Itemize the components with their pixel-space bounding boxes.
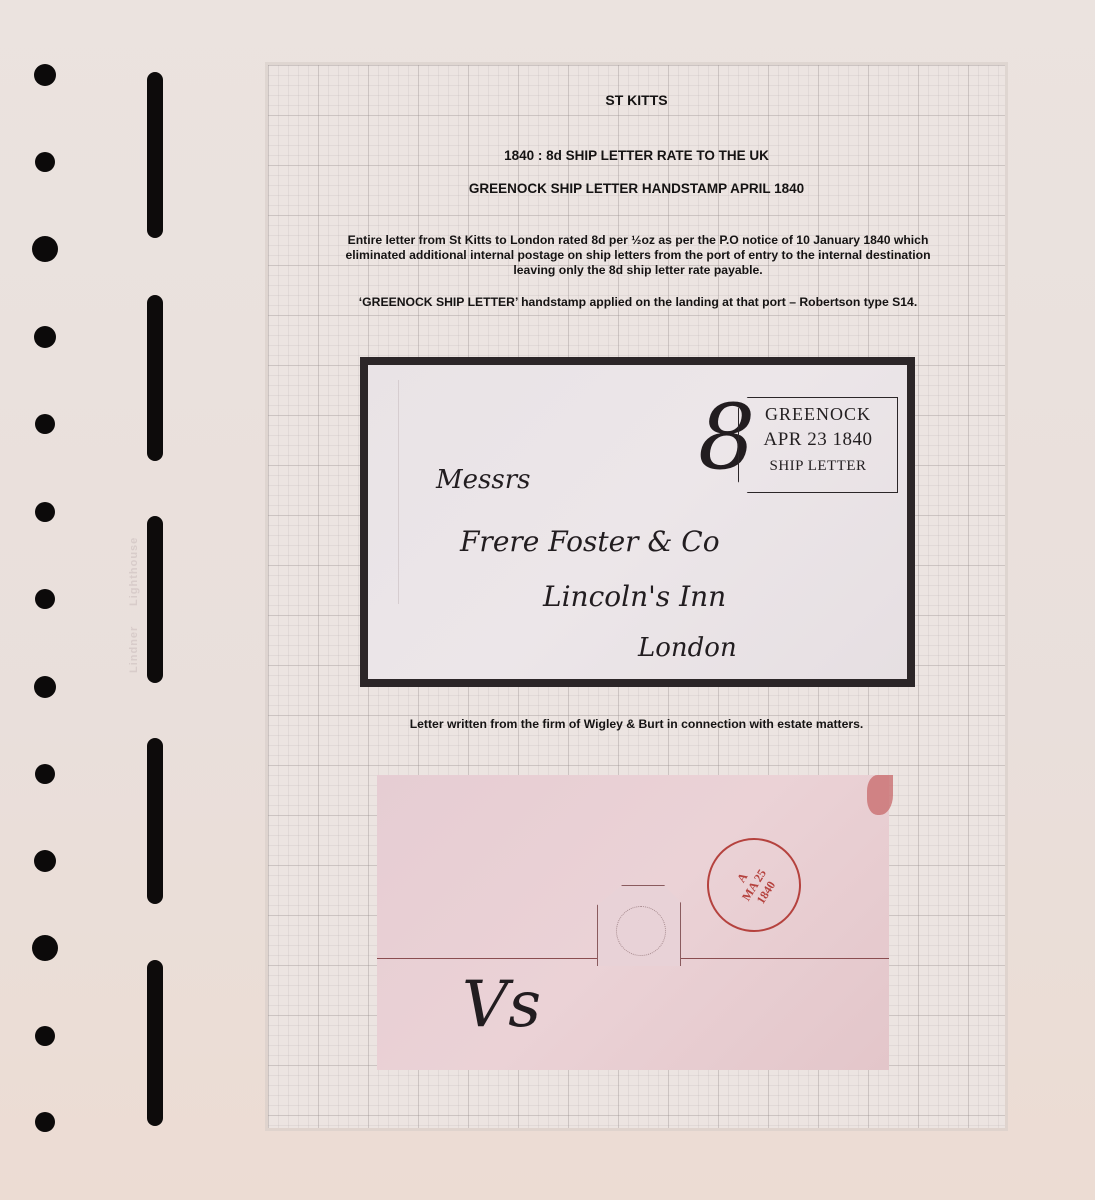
- handstamp-date: APR 23 1840: [739, 427, 897, 453]
- punch-hole: [35, 502, 55, 522]
- cover-front-mount: 8 GREENOCK APR 23 1840 SHIP LETTER Messr…: [360, 357, 915, 687]
- page-title: ST KITTS: [268, 92, 1005, 108]
- punch-hole: [34, 326, 56, 348]
- cover-flap: [368, 380, 399, 604]
- address-line-2: Frere Foster & Co: [460, 525, 720, 558]
- cover-front: 8 GREENOCK APR 23 1840 SHIP LETTER Messr…: [368, 365, 907, 679]
- page-subtitle-rate: 1840 : 8d SHIP LETTER RATE TO THE UK: [268, 148, 1005, 163]
- watermark-text-2: Lighthouse: [128, 537, 140, 606]
- album-page-panel: ST KITTS 1840 : 8d SHIP LETTER RATE TO T…: [268, 65, 1005, 1128]
- seal-impression: [616, 906, 666, 956]
- address-line-4: London: [638, 633, 737, 663]
- punch-hole: [34, 64, 56, 86]
- punch-hole: [35, 589, 55, 609]
- red-stain: [867, 775, 893, 815]
- punch-hole: [32, 236, 58, 262]
- handstamp-note: ‘GREENOCK SHIP LETTER’ handstamp applied…: [308, 295, 968, 309]
- reverse-caption: Letter written from the firm of Wigley &…: [268, 717, 1005, 731]
- manuscript-marking: Vs: [462, 970, 541, 1040]
- punch-hole: [34, 850, 56, 872]
- address-line-1: Messrs: [436, 465, 530, 495]
- punch-hole: [35, 1112, 55, 1132]
- binder-slot: [147, 960, 163, 1126]
- description-text: Entire letter from St Kitts to London ra…: [328, 233, 948, 278]
- binder-slot: [147, 72, 163, 238]
- punch-hole: [35, 414, 55, 434]
- album-watermark: Lindner Lighthouse: [114, 505, 154, 705]
- binder-slot: [147, 295, 163, 461]
- punch-hole: [35, 764, 55, 784]
- watermark-text-1: Lindner: [128, 626, 140, 673]
- page-subtitle-handstamp: GREENOCK SHIP LETTER HANDSTAMP APRIL 184…: [268, 181, 1005, 196]
- punch-hole: [35, 152, 55, 172]
- punch-hole: [35, 1026, 55, 1046]
- cover-reverse: A MA 25 1840 Vs: [377, 775, 889, 1070]
- address-line-3: Lincoln's Inn: [543, 580, 726, 613]
- handstamp-line-1: GREENOCK: [739, 402, 897, 427]
- greenock-ship-letter-handstamp: GREENOCK APR 23 1840 SHIP LETTER: [738, 397, 898, 493]
- wax-seal-flap: [597, 885, 681, 966]
- handstamp-line-3: SHIP LETTER: [739, 453, 897, 479]
- punch-hole: [34, 676, 56, 698]
- binder-slot: [147, 738, 163, 904]
- red-receiving-datestamp: A MA 25 1840: [689, 820, 819, 950]
- punch-hole: [32, 935, 58, 961]
